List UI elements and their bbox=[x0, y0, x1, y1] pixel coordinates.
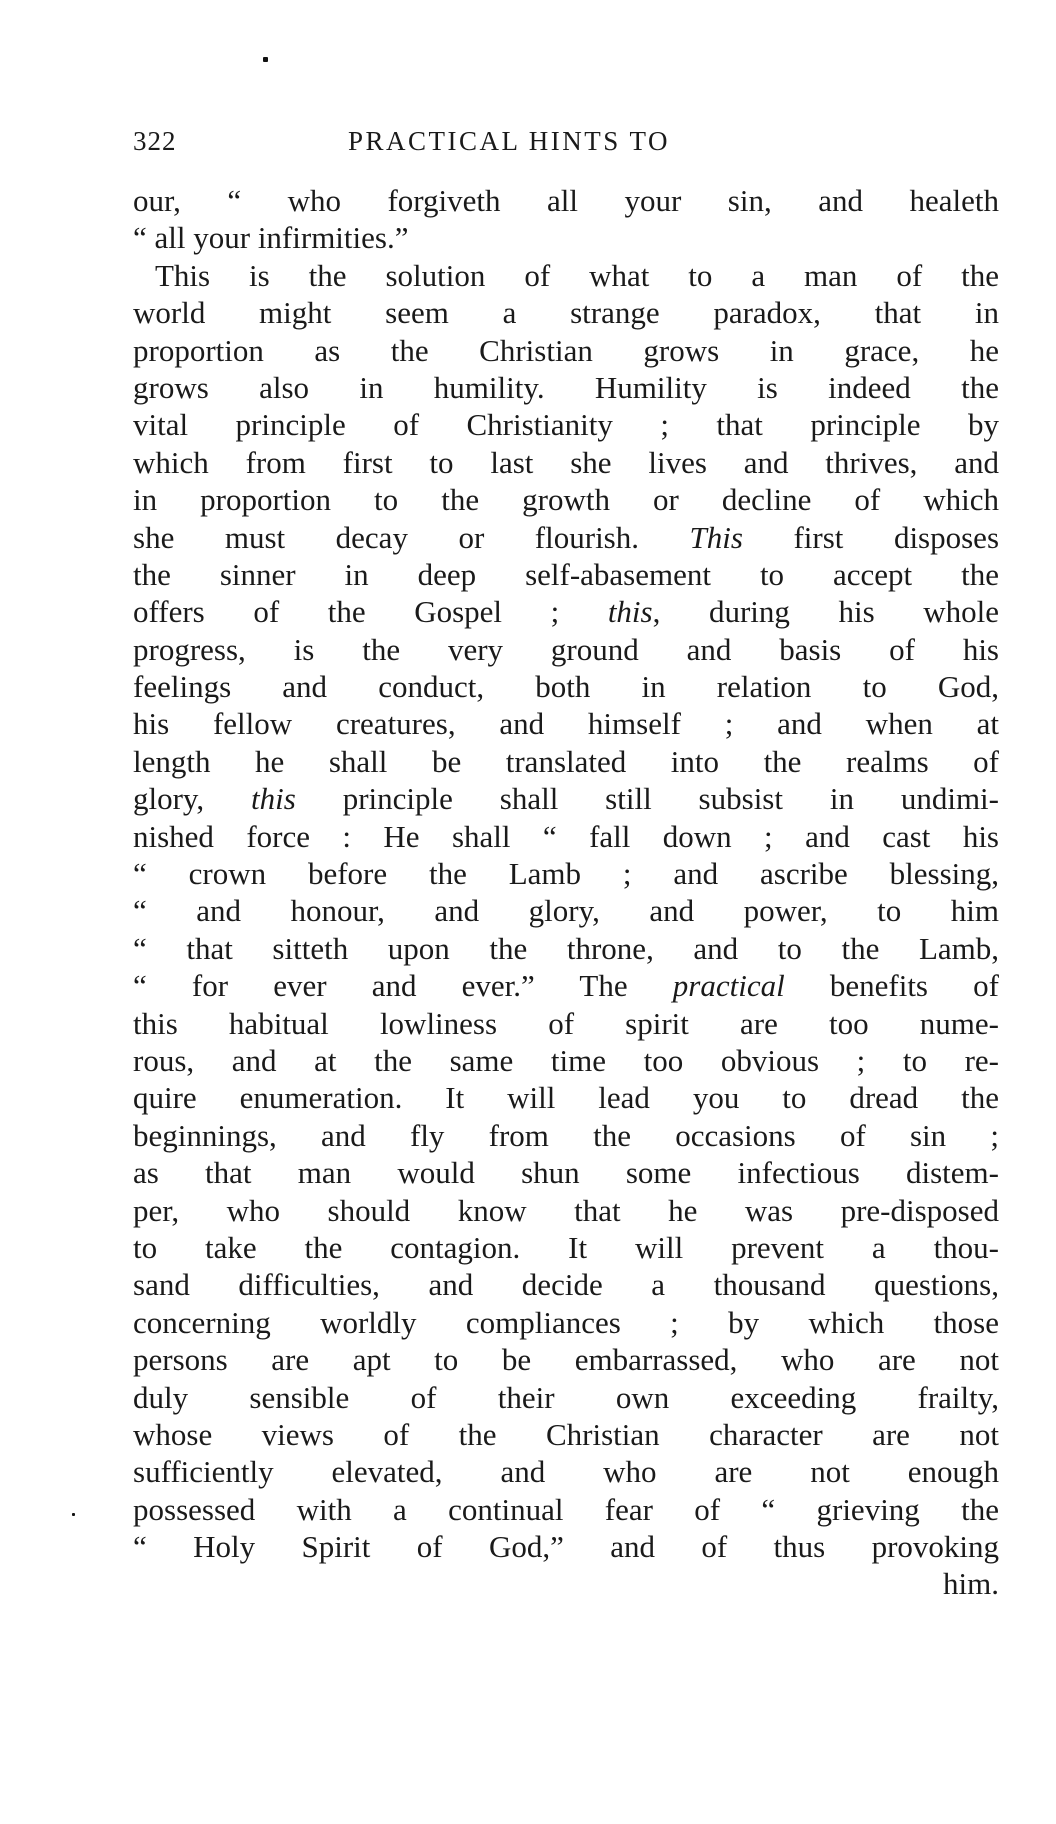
text-line: feelings and conduct, both in relation t… bbox=[133, 668, 999, 705]
text-line: vital principle of Christianity ; that p… bbox=[133, 406, 999, 443]
text-line: sufficiently elevated, and who are not e… bbox=[133, 1453, 999, 1490]
text-line: persons are apt to be embarrassed, who a… bbox=[133, 1341, 999, 1378]
ink-speck bbox=[263, 57, 268, 62]
text-line: glory, this principle shall still subsis… bbox=[133, 780, 999, 817]
book-page: 322 PRACTICAL HINTS TO our, “ who forgiv… bbox=[0, 0, 1056, 1824]
text-line: progress, is the very ground and basis o… bbox=[133, 631, 999, 668]
text-line: quire enumeration. It will lead you to d… bbox=[133, 1079, 999, 1116]
italic-emphasis: This bbox=[690, 520, 743, 555]
text-line: possessed with a continual fear of “ gri… bbox=[133, 1491, 999, 1528]
text-line: his fellow creatures, and himself ; and … bbox=[133, 705, 999, 742]
text-line: grows also in humility. Humility is inde… bbox=[133, 369, 999, 406]
text-line: “ and honour, and glory, and power, to h… bbox=[133, 892, 999, 929]
body-text: our, “ who forgiveth all your sin, and h… bbox=[133, 182, 999, 1603]
text-line: nished force : He shall “ fall down ; an… bbox=[133, 818, 999, 855]
text-line: this habitual lowliness of spirit are to… bbox=[133, 1005, 999, 1042]
ink-speck bbox=[72, 1513, 75, 1516]
text-line: per, who should know that he was pre-dis… bbox=[133, 1192, 999, 1229]
text-line: as that man would shun some infectious d… bbox=[133, 1154, 999, 1191]
text-line: duly sensible of their own exceeding fra… bbox=[133, 1379, 999, 1416]
text-line: which from first to last she lives and t… bbox=[133, 444, 999, 481]
text-line: “ crown before the Lamb ; and ascribe bl… bbox=[133, 855, 999, 892]
text-line: “ all your infirmities.” bbox=[133, 219, 999, 256]
running-head: PRACTICAL HINTS TO bbox=[348, 126, 670, 157]
text-line: she must decay or flourish. This first d… bbox=[133, 519, 999, 556]
text-line: proportion as the Christian grows in gra… bbox=[133, 332, 999, 369]
text-line: “ Holy Spirit of God,” and of thus provo… bbox=[133, 1528, 999, 1565]
italic-emphasis: this bbox=[251, 781, 296, 816]
text-line: in proportion to the growth or decline o… bbox=[133, 481, 999, 518]
text-line: offers of the Gospel ; this, during his … bbox=[133, 593, 999, 630]
text-line: This is the solution of what to a man of… bbox=[133, 257, 999, 294]
text-line: to take the contagion. It will prevent a… bbox=[133, 1229, 999, 1266]
italic-emphasis: practical bbox=[673, 968, 785, 1003]
text-line: our, “ who forgiveth all your sin, and h… bbox=[133, 182, 999, 219]
text-line: length he shall be translated into the r… bbox=[133, 743, 999, 780]
text-line: the sinner in deep self-abasement to acc… bbox=[133, 556, 999, 593]
italic-emphasis: this bbox=[608, 594, 653, 629]
text-line: beginnings, and fly from the occasions o… bbox=[133, 1117, 999, 1154]
text-line: concerning worldly compliances ; by whic… bbox=[133, 1304, 999, 1341]
page-header: 322 PRACTICAL HINTS TO bbox=[133, 126, 998, 166]
text-line: “ that sitteth upon the throne, and to t… bbox=[133, 930, 999, 967]
text-line: rous, and at the same time too obvious ;… bbox=[133, 1042, 999, 1079]
text-line: world might seem a strange paradox, that… bbox=[133, 294, 999, 331]
catchword: him. bbox=[133, 1565, 999, 1602]
page-number: 322 bbox=[133, 126, 177, 157]
text-line: “ for ever and ever.” The practical bene… bbox=[133, 967, 999, 1004]
text-line: whose views of the Christian character a… bbox=[133, 1416, 999, 1453]
text-line: sand difficulties, and decide a thousand… bbox=[133, 1266, 999, 1303]
